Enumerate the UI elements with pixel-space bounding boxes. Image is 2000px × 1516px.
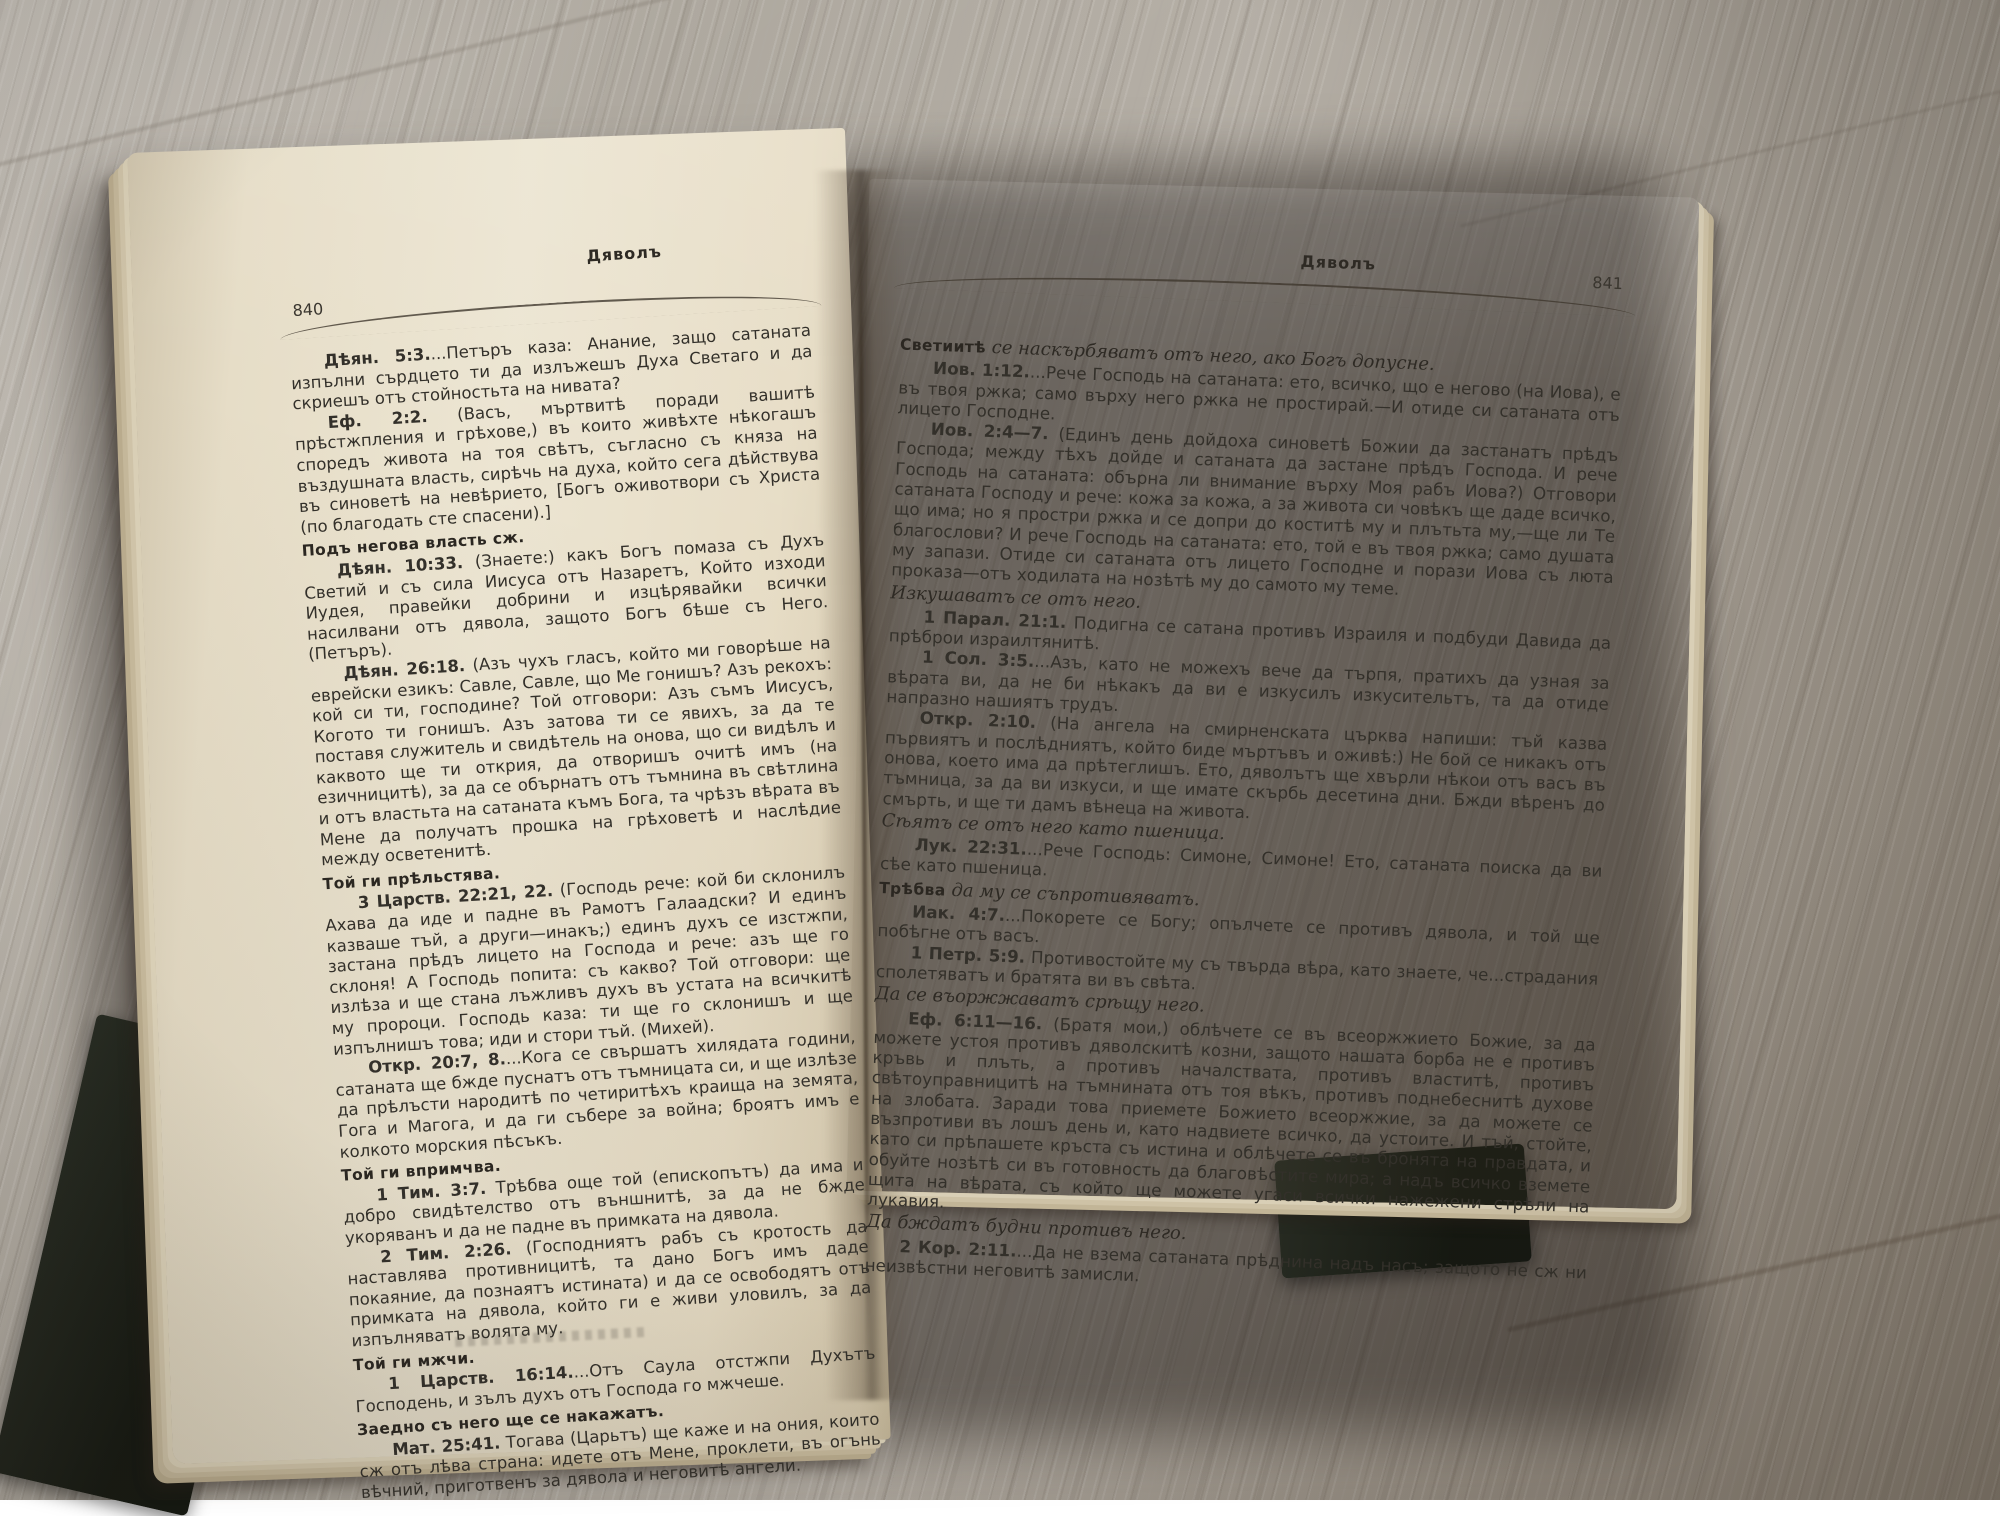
running-title: Дяволъ [1300,252,1376,275]
verse-paragraph: Дѣян. 26:18. (Азъ чухъ гласъ, който ми г… [309,633,843,871]
left-page-text-column: Дяволъ 840 Дѣян. 5:3....Петъръ каза: Ана… [283,225,882,1500]
verse-paragraph: Еф. 6:11—16. (Братя мои,) облѣчете се въ… [867,1006,1596,1237]
verse-paragraph: 3 Царств. 22:21, 22. (Господь рече: кой … [323,863,854,1060]
heading-bold-part: Светиитѣ [900,335,987,356]
verse-paragraph: Иов. 2:4—7. (Единъ день дойдоха синоветѣ… [891,418,1619,608]
page-number: 840 [292,299,324,321]
verse-text: (Единъ день дойдоха синоветѣ Божии да за… [891,423,1619,599]
header-rule [894,268,1636,316]
left-page-body: Дѣян. 5:3....Петъръ каза: Анание, защо с… [289,321,882,1500]
right-page-body: Светиитѣ се наскърбяватъ отъ него, ако Б… [864,333,1622,1302]
running-title: Дяволъ [586,242,663,267]
verse-text: (Братя мои,) облѣчете се въ всеоржжието … [867,1013,1596,1216]
heading-bold-part: Трѣбва [879,879,946,900]
page-number: 841 [1592,273,1623,294]
right-page-text-column: Дяволъ 841 Светиитѣ се наскърбяватъ отъ … [864,235,1625,1303]
